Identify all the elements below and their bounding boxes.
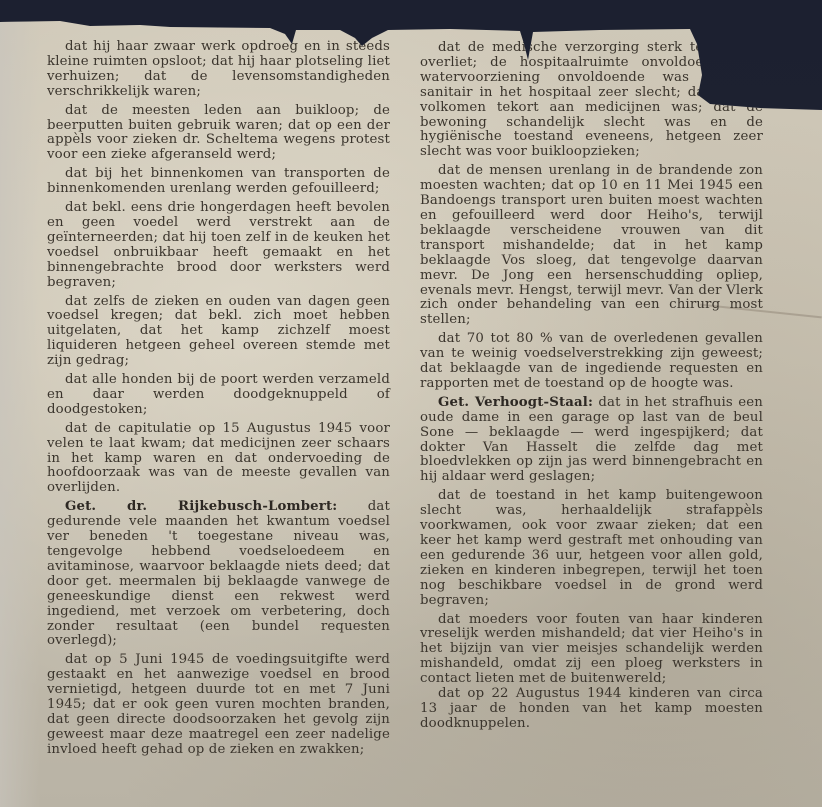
paragraph: dat op 5 Juni 1945 de voedingsuitgifte w…: [47, 653, 390, 757]
paragraph: dat alle honden bij de poort werden verz…: [47, 373, 390, 418]
paragraph-text: dat moeders voor fouten van haar kindere…: [420, 612, 763, 687]
paragraph-text: dat de mensen urenlang in de brandende z…: [420, 163, 763, 327]
witness-paragraph: Get. Verhoogt-Staal: dat in het strafhui…: [420, 396, 763, 485]
witness-paragraph: Get. dr. Rijkebusch-Lombert: dat geduren…: [47, 500, 390, 649]
paragraph: dat de toestand in het kamp buitengewoon…: [420, 489, 763, 608]
paragraph-text: dat 70 tot 80 % van de overledenen geval…: [420, 331, 763, 391]
article-columns: dat hij haar zwaar werk opdroeg en in st…: [47, 40, 789, 758]
paragraph-text: dat de toestand in het kamp buitengewoon…: [420, 488, 763, 607]
paragraph: dat de mensen urenlang in de brandende z…: [420, 164, 763, 328]
paragraph-text: dat op 22 Augustus 1944 kinderen van cir…: [420, 686, 763, 731]
paragraph-text: dat alle honden bij de poort werden verz…: [47, 372, 390, 417]
paragraph: dat bekl. eens drie hongerdagen heeft be…: [47, 201, 390, 290]
paragraph: dat moeders voor fouten van haar kindere…: [420, 613, 763, 688]
paragraph-text: dat de capitulatie op 15 Augustus 1945 v…: [47, 421, 390, 496]
paragraph: dat de meesten leden aan buikloop; de be…: [47, 104, 390, 164]
left-column: dat hij haar zwaar werk opdroeg en in st…: [47, 40, 390, 758]
witness-name: Get. dr. Rijkebusch-Lombert:: [65, 499, 337, 514]
paragraph: dat hij haar zwaar werk opdroeg en in st…: [47, 40, 390, 100]
paragraph-text: dat bekl. eens drie hongerdagen heeft be…: [47, 200, 390, 290]
paragraph-text: dat bij het binnenkomen van transporten …: [47, 166, 390, 196]
paragraph-text: dat op 5 Juni 1945 de voedingsuitgifte w…: [47, 652, 390, 756]
paragraph: dat de capitulatie op 15 Augustus 1945 v…: [47, 422, 390, 497]
paragraph-text: dat gedurende vele maanden het kwantum v…: [47, 499, 390, 648]
right-column: dat de medische verzorging sterk te wens…: [420, 41, 763, 758]
paragraph-text: dat hij haar zwaar werk opdroeg en in st…: [47, 39, 390, 99]
paragraph: dat op 22 Augustus 1944 kinderen van cir…: [420, 687, 763, 732]
paragraph-text: dat zelfs de zieken en ouden van dagen g…: [47, 294, 390, 369]
paragraph: dat zelfs de zieken en ouden van dagen g…: [47, 295, 390, 370]
paragraph: dat bij het binnenkomen van transporten …: [47, 167, 390, 197]
witness-name: Get. Verhoogt-Staal:: [438, 395, 593, 410]
paragraph-text: dat de meesten leden aan buikloop; de be…: [47, 103, 390, 163]
newspaper-clipping: dat hij haar zwaar werk opdroeg en in st…: [0, 0, 822, 807]
paragraph: dat 70 tot 80 % van de overledenen geval…: [420, 332, 763, 392]
